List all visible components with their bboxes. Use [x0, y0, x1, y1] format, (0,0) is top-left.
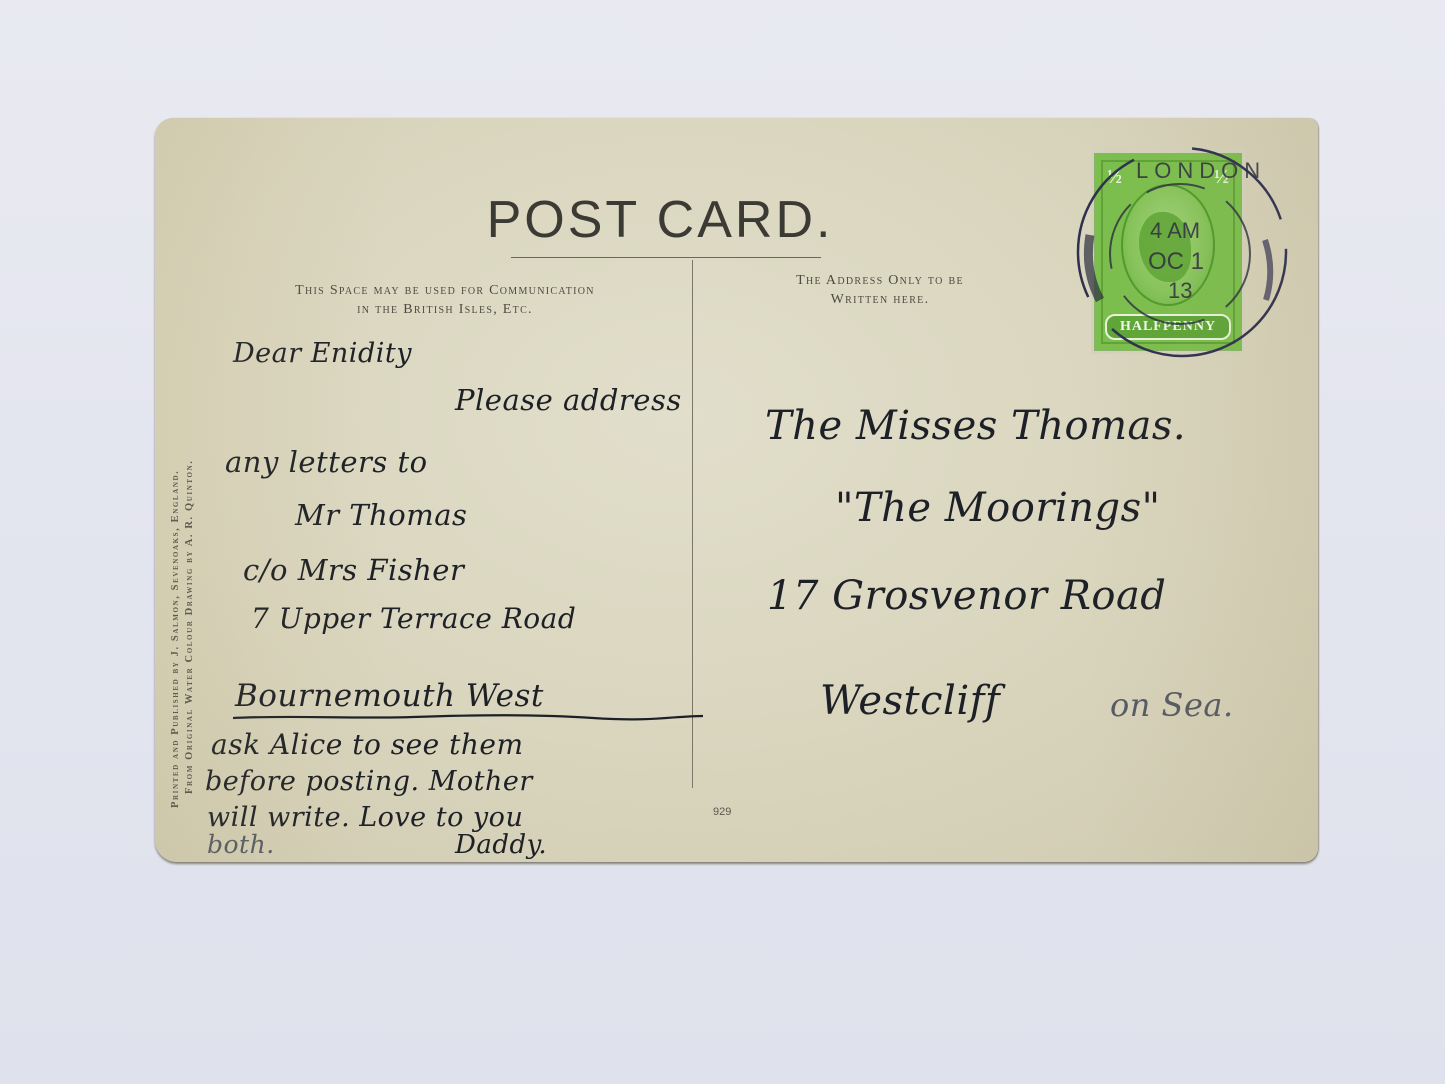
publisher-line: Printed and Published by J. Salmon, Seve…: [169, 460, 183, 808]
message-line: Please address: [455, 383, 682, 417]
stamp-label: HALFPENNY: [1105, 314, 1231, 340]
address-line: on Sea.: [1110, 686, 1234, 724]
postcard-back: POST CARD. This Space may be used for Co…: [155, 118, 1318, 862]
communication-notice-line: This Space may be used for Communication: [225, 281, 665, 300]
postcard-title: POST CARD.: [455, 190, 865, 250]
address-notice-line: Written here.: [745, 290, 1015, 309]
underline-stroke: [233, 713, 703, 721]
message-line: any letters to: [225, 445, 428, 479]
message-line: before posting. Mother: [205, 766, 533, 797]
message-line: ask Alice to see them: [211, 728, 524, 761]
address-notice-line: The Address Only to be: [745, 271, 1015, 290]
message-line: 7 Upper Terrace Road: [251, 602, 576, 635]
address-line: Westcliff: [820, 678, 1000, 724]
publisher-imprint: Printed and Published by J. Salmon, Seve…: [169, 460, 197, 808]
address-line: 17 Grosvenor Road: [767, 573, 1166, 619]
message-line: will write. Love to you: [207, 802, 523, 833]
message-line: Dear Enidity: [233, 338, 412, 369]
address-notice: The Address Only to be Written here.: [745, 271, 1015, 309]
signature: Daddy.: [455, 830, 547, 860]
message-line: Mr Thomas: [295, 498, 467, 532]
halfpenny-stamp: ½ ½ HALFPENNY: [1094, 153, 1242, 351]
address-line: "The Moorings": [835, 485, 1161, 531]
stamp-denomination-left: ½: [1107, 166, 1122, 189]
communication-notice: This Space may be used for Communication…: [225, 281, 665, 319]
title-divider: [511, 257, 821, 258]
address-line: The Misses Thomas.: [765, 403, 1186, 449]
message-line: c/o Mrs Fisher: [243, 553, 464, 587]
communication-notice-line: in the British Isles, Etc.: [225, 300, 665, 319]
card-number: 929: [713, 806, 731, 818]
center-divider: [692, 260, 693, 788]
publisher-line: From Original Water Colour Drawing by A.…: [183, 460, 197, 808]
message-line: Bournemouth West: [235, 678, 544, 714]
message-line: both.: [207, 830, 275, 859]
stamp-denomination-right: ½: [1214, 166, 1229, 189]
